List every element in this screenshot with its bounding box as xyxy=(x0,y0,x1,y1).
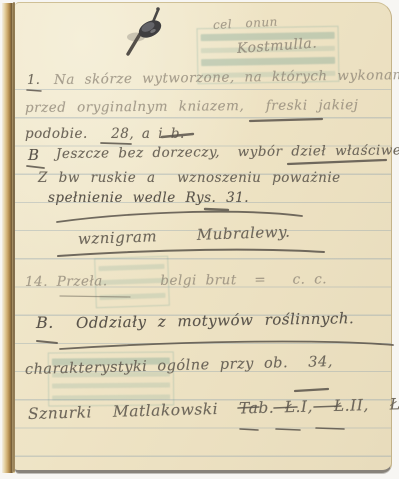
item1-line2: przed oryginalnym kniazem, freski jakiej xyxy=(25,97,358,116)
stamp-text-row xyxy=(52,394,170,400)
item1-marker: 1. xyxy=(27,73,40,88)
notebook-scan: cel onun Kostmulla. 1. Na skórze wytworz… xyxy=(0,0,399,479)
stamp-text-row xyxy=(201,57,335,66)
stamp-text-row xyxy=(99,293,165,300)
stamp-text-row xyxy=(98,264,164,271)
item2-line2: Z bw ruskie a wznoszeniu poważnie xyxy=(38,170,341,186)
sectionB-marker: B. xyxy=(36,313,54,332)
item2-line3: spełnienie wedle Rys. 31. xyxy=(48,190,249,206)
stamp-text-row xyxy=(52,383,170,389)
item3-line: 14. Przeła. belgi brut = c. c. xyxy=(25,271,327,290)
item2-marker: B xyxy=(28,146,40,164)
item1-line3: podobie. 28, a i b. xyxy=(25,126,185,142)
